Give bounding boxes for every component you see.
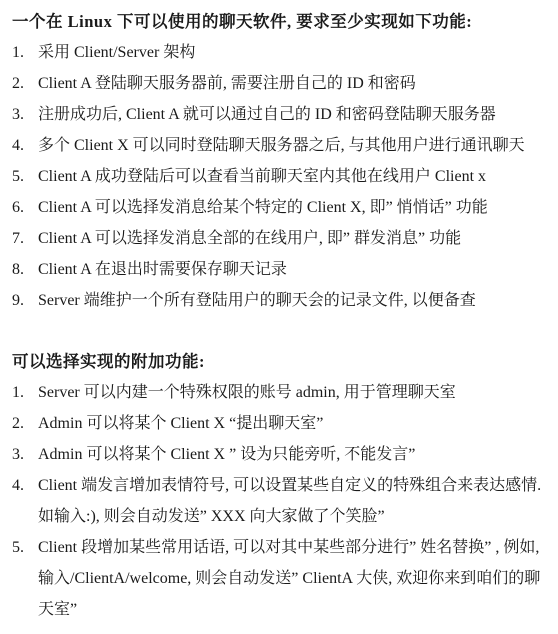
list-item: 6. Client A 可以选择发消息给某个特定的 Client X, 即” 悄… (12, 192, 544, 223)
item-number: 1. (12, 377, 38, 408)
list-item: 5. Client 段增加某些常用话语, 可以对其中某些部分进行” 姓名替换” … (12, 532, 544, 625)
item-number: 5. (12, 532, 38, 563)
list-item: 2. Client A 登陆聊天服务器前, 需要注册自己的 ID 和密码 (12, 68, 544, 99)
item-text: 多个 Client X 可以同时登陆聊天服务器之后, 与其他用户进行通讯聊天 (38, 130, 544, 161)
item-text: Admin 可以将某个 Client X ” 设为只能旁听, 不能发言” (38, 439, 544, 470)
item-number: 3. (12, 439, 38, 470)
item-number: 9. (12, 285, 38, 316)
list-item: 3. Admin 可以将某个 Client X ” 设为只能旁听, 不能发言” (12, 439, 544, 470)
list-item: 3. 注册成功后, Client A 就可以通过自己的 ID 和密码登陆聊天服务… (12, 99, 544, 130)
list-item: 9. Server 端维护一个所有登陆用户的聊天会的记录文件, 以便备查 (12, 285, 544, 316)
item-text: 采用 Client/Server 架构 (38, 37, 544, 68)
required-features-list: 1. 采用 Client/Server 架构 2. Client A 登陆聊天服… (12, 37, 544, 316)
item-text: Admin 可以将某个 Client X “提出聊天室” (38, 408, 544, 439)
item-number: 8. (12, 254, 38, 285)
document-page: 一个在 Linux 下可以使用的聊天软件, 要求至少实现如下功能: 1. 采用 … (0, 0, 558, 634)
item-number: 2. (12, 408, 38, 439)
list-item: 4. Client 端发言增加表情符号, 可以设置某些自定义的特殊组合来表达感情… (12, 470, 544, 532)
item-text: Client A 成功登陆后可以查看当前聊天室内其他在线用户 Client x (38, 161, 544, 192)
item-text: Client A 在退出时需要保存聊天记录 (38, 254, 544, 285)
item-text: 注册成功后, Client A 就可以通过自己的 ID 和密码登陆聊天服务器 (38, 99, 544, 130)
item-text: Client 端发言增加表情符号, 可以设置某些自定义的特殊组合来表达感情. 如… (38, 470, 544, 532)
item-text: Client A 登陆聊天服务器前, 需要注册自己的 ID 和密码 (38, 68, 544, 99)
item-text: Server 端维护一个所有登陆用户的聊天会的记录文件, 以便备查 (38, 285, 544, 316)
list-item: 7. Client A 可以选择发消息全部的在线用户, 即” 群发消息” 功能 (12, 223, 544, 254)
item-number: 3. (12, 99, 38, 130)
item-text: Client 段增加某些常用话语, 可以对其中某些部分进行” 姓名替换” , 例… (38, 532, 544, 625)
list-item: 4. 多个 Client X 可以同时登陆聊天服务器之后, 与其他用户进行通讯聊… (12, 130, 544, 161)
optional-features-list: 1. Server 可以内建一个特殊权限的账号 admin, 用于管理聊天室 2… (12, 377, 544, 625)
item-number: 2. (12, 68, 38, 99)
item-number: 4. (12, 130, 38, 161)
list-item: 1. Server 可以内建一个特殊权限的账号 admin, 用于管理聊天室 (12, 377, 544, 408)
list-item: 1. 采用 Client/Server 架构 (12, 37, 544, 68)
list-item: 8. Client A 在退出时需要保存聊天记录 (12, 254, 544, 285)
list-item: 5. Client A 成功登陆后可以查看当前聊天室内其他在线用户 Client… (12, 161, 544, 192)
list-item: 2. Admin 可以将某个 Client X “提出聊天室” (12, 408, 544, 439)
optional-features-heading: 可以选择实现的附加功能: (12, 346, 544, 377)
item-number: 6. (12, 192, 38, 223)
item-number: 5. (12, 161, 38, 192)
item-text: Client A 可以选择发消息全部的在线用户, 即” 群发消息” 功能 (38, 223, 544, 254)
item-number: 4. (12, 470, 38, 501)
item-text: Client A 可以选择发消息给某个特定的 Client X, 即” 悄悄话”… (38, 192, 544, 223)
required-features-heading: 一个在 Linux 下可以使用的聊天软件, 要求至少实现如下功能: (12, 6, 544, 37)
item-text: Server 可以内建一个特殊权限的账号 admin, 用于管理聊天室 (38, 377, 544, 408)
item-number: 1. (12, 37, 38, 68)
item-number: 7. (12, 223, 38, 254)
